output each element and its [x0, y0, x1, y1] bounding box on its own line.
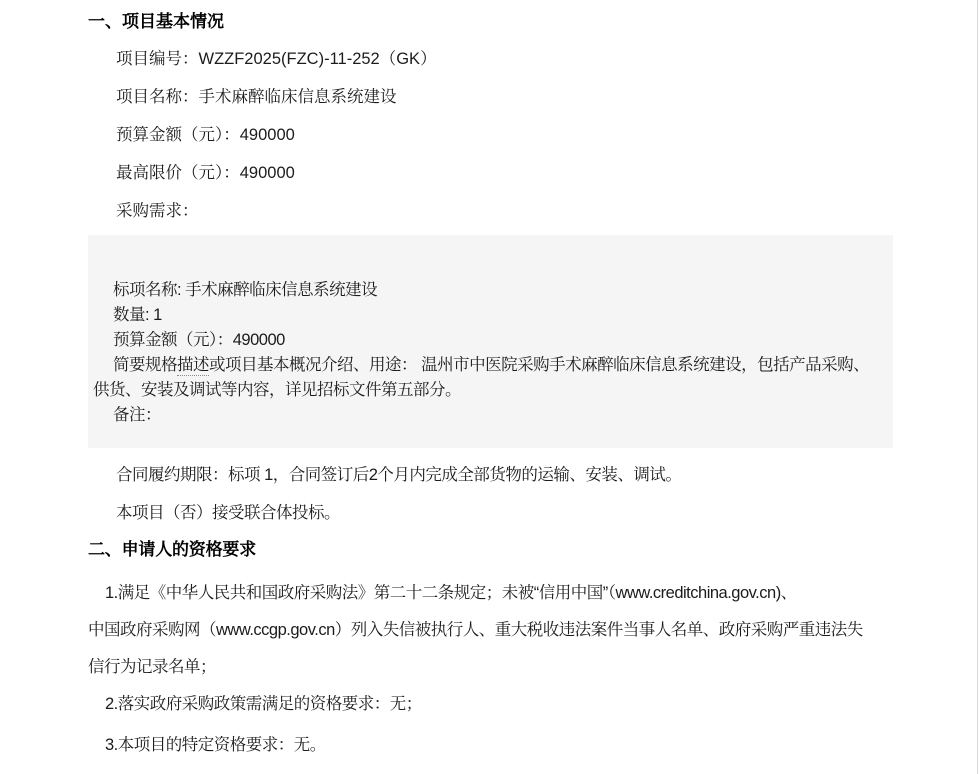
procurement-announcement-page: 一、项目基本情况 项目编号：WZZF2025(FZC)-11-252（GK） 项…: [0, 0, 980, 774]
contract-term: 合同履约期限：标项 1，合同签订后2个月内完成全部货物的运输、安装、调试。: [116, 465, 980, 486]
max-price: 最高限价（元）：490000: [116, 163, 980, 184]
lot-quantity: 数量: 1: [93, 303, 883, 328]
qualification-item-3: 3.本项目的特定资格要求：无。: [88, 727, 980, 764]
brief-dotted-underline-text: 描述: [177, 356, 209, 376]
section-basic-heading: 一、项目基本情况: [88, 12, 980, 32]
brief-prefix-text: 简要规格: [113, 356, 177, 374]
lot-name: 标项名称: 手术麻醉临床信息系统建设: [93, 278, 883, 303]
section-qualification-heading: 二、申请人的资格要求: [88, 540, 980, 560]
budget-amount: 预算金额（元）：490000: [116, 125, 980, 146]
lot-remark: 备注：: [93, 403, 883, 428]
lot-budget: 预算金额（元）：490000: [93, 328, 883, 353]
qualification-item-1: 1.满足《中华人民共和国政府采购法》第二十二条规定；未被“信用中国”（www.c…: [88, 575, 980, 686]
procurement-demand-label: 采购需求：: [116, 201, 980, 222]
qualification-item-1-line-3: 信行为记录名单；: [88, 649, 980, 686]
lot-brief-description-line-1: 简要规格描述或项目基本概况介绍、用途： 温州市中医院采购手术麻醉临床信息系统建设…: [93, 353, 883, 378]
project-name: 项目名称：手术麻醉临床信息系统建设: [116, 87, 980, 108]
lot-brief-description-line-2: 供货、安装及调试等内容，详见招标文件第五部分。: [93, 378, 883, 403]
project-number: 项目编号：WZZF2025(FZC)-11-252（GK）: [116, 49, 980, 70]
qualification-item-2: 2.落实政府采购政策需满足的资格要求：无；: [88, 686, 980, 723]
joint-bid-statement: 本项目（否）接受联合体投标。: [116, 503, 980, 524]
qualification-item-1-line-1: 1.满足《中华人民共和国政府采购法》第二十二条规定；未被“信用中国”（www.c…: [88, 575, 980, 612]
lot-detail-box: 标项名称: 手术麻醉临床信息系统建设 数量: 1 预算金额（元）：490000 …: [88, 235, 893, 448]
qualification-item-1-line-2: 中国政府采购网（www.ccgp.gov.cn）列入失信被执行人、重大税收违法案…: [88, 612, 980, 649]
page-right-border: [977, 0, 978, 774]
qualification-item-2-line: 2.落实政府采购政策需满足的资格要求：无；: [88, 686, 980, 723]
brief-rest-text: 或项目基本概况介绍、用途： 温州市中医院采购手术麻醉临床信息系统建设，包括产品采…: [209, 356, 869, 374]
qualification-item-3-line: 3.本项目的特定资格要求：无。: [88, 727, 980, 764]
